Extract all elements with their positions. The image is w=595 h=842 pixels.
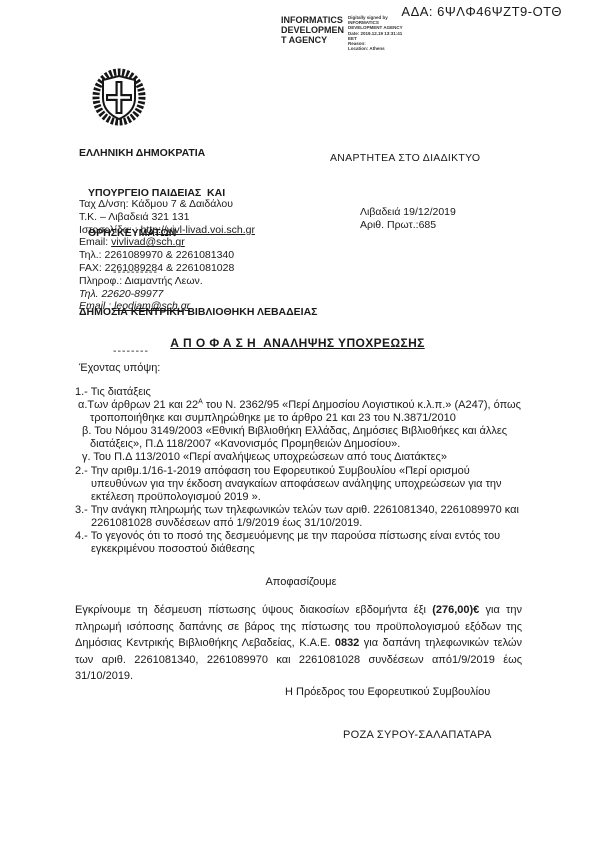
signatory-role: Η Πρόεδρος του Εφορευτικού Συμβουλίου — [285, 686, 490, 698]
list-item: β. Του Νόμου 3149/2003 «Εθνική Βιβλιοθήκ… — [75, 425, 527, 451]
considerations-list: 1.- Τις διατάξεις α.Των άρθρων 21 και 22… — [75, 386, 527, 556]
having-regard-line: Έχοντας υπόψη: — [79, 362, 160, 374]
digital-signature-stamp: INFORMATICS DEVELOPMEN T AGENCY Digitall… — [281, 15, 403, 51]
protocol-number: Αριθ. Πρωτ.:685 — [360, 219, 456, 232]
amount-value: (276,00)€ — [432, 604, 479, 616]
ada-code: ΑΔΑ: 6ΨΛΦ46ΨΖΤ9-ΟΤΘ — [401, 4, 562, 19]
list-item: γ. Του Π.Δ 113/2010 «Περί αναλήψεως υποχ… — [75, 451, 527, 464]
email-link-2[interactable]: leodiam@sch.gr — [114, 300, 190, 312]
date-protocol-block: Λιβαδειά 19/12/2019 Αριθ. Πρωτ.:685 — [360, 206, 456, 232]
phone-line: Τηλ.: 2261089970 & 2261081340 — [79, 249, 255, 262]
stamp-signature-details: Digitally signed by INFORMATICS DEVELOPM… — [348, 15, 403, 51]
postal-address: Ταχ Δ/νση: Κάδμου 7 & Δαιδάλου — [79, 198, 255, 211]
internet-publication-note: ΑΝΑΡΤΗΤΕΑ ΣΤΟ ΔΙΑΔΙΚΤΥΟ — [330, 152, 480, 164]
email-line-2: Email : leodiam@sch.gr — [79, 300, 255, 313]
list-item: 1.- Τις διατάξεις — [75, 386, 527, 399]
signatory-name: ΡΟΖΑ ΣΥΡΟΥ-ΣΑΛΑΠΑΤΑΡΑ — [343, 729, 492, 741]
email-link[interactable]: vivlivad@sch.gr — [111, 236, 185, 248]
republic-line: ΕΛΛΗΝΙΚΗ ΔΗΜΟΚΡΑΤΙΑ — [79, 147, 318, 160]
fax-line: FAX: 2261089284 & 2261081028 — [79, 262, 255, 275]
info-contact-line: Πληροφ.: Διαμαντής Λεων. — [79, 275, 255, 288]
decision-paragraph: Εγκρίνουμε τη δέσμευση πίστωσης ύψους δι… — [75, 602, 522, 685]
document-title: Α Π Ο Φ Α Σ Η ΑΝΑΛΗΨΗΣ ΥΠΟΧΡΕΩΣΗΣ — [0, 336, 595, 350]
list-item: α.Των άρθρων 21 και 22Α του Ν. 2362/95 «… — [75, 399, 527, 425]
kae-code: 0832 — [335, 637, 359, 649]
website-link[interactable]: http://vivl-livad.voi.sch.gr — [141, 224, 255, 236]
place-date: Λιβαδειά 19/12/2019 — [360, 206, 456, 219]
contact-block: Ταχ Δ/νση: Κάδμου 7 & Δαιδάλου Τ.Κ. – Λι… — [79, 198, 255, 313]
phone-line-2: Τηλ. 22620-89977 — [79, 288, 255, 301]
document-page: ΑΔΑ: 6ΨΛΦ46ΨΖΤ9-ΟΤΘ INFORMATICS DEVELOPM… — [0, 0, 595, 842]
website-line: Ιστοσελίδα: : http://vivl-livad.voi.sch.… — [79, 224, 255, 237]
decide-heading: Αποφασίζουμε — [75, 576, 527, 588]
list-item: 3.- Την ανάγκη πληρωμής των τηλεφωνικών … — [75, 504, 527, 530]
email-line: Email: vivlivad@sch.gr — [79, 236, 255, 249]
stamp-agency-name: INFORMATICS DEVELOPMEN T AGENCY — [281, 15, 343, 45]
list-item: 4.- Το γεγονός ότι το ποσό της δεσμευόμε… — [75, 530, 527, 556]
postal-code: Τ.Κ. – Λιβαδειά 321 131 — [79, 211, 255, 224]
list-item: 2.- Την αριθμ.1/16-1-2019 απόφαση του Εφ… — [75, 465, 527, 504]
